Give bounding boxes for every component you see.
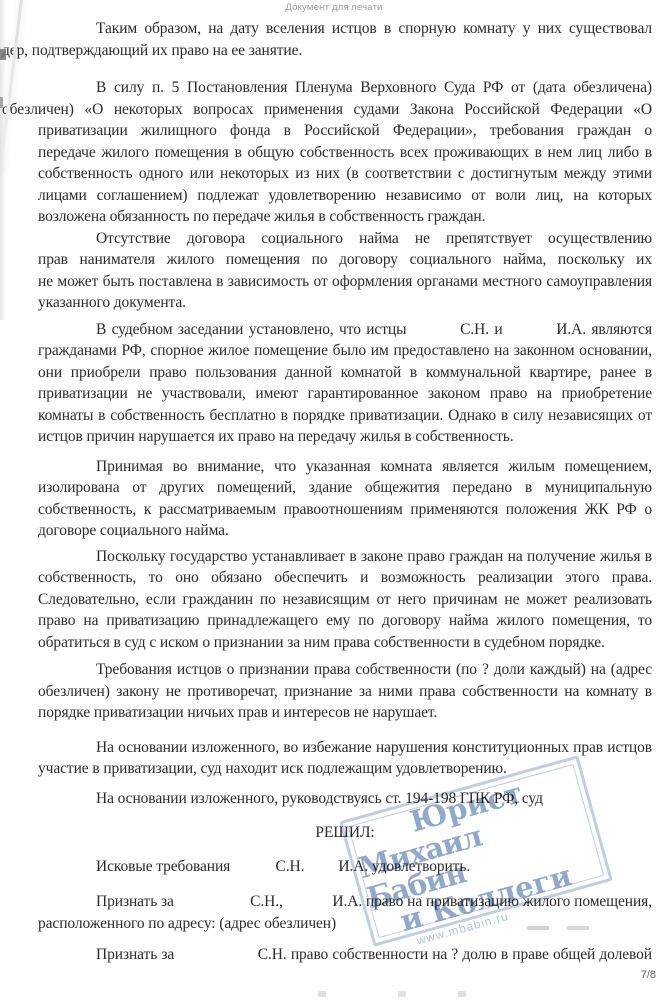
paragraph-11: Исковые требования С.Н. И.А. удовлетвори… [38, 856, 652, 878]
text-line: Таким образом, на дату вселения истцов в… [38, 18, 652, 40]
text-line: передаче жилого помещения в общую собств… [38, 142, 652, 164]
scan-dash-artifact [527, 926, 611, 930]
paragraph-1: Таким образом, на дату вселения истцов в… [38, 18, 652, 61]
text-line: приватизации не участвовали, имеют гаран… [38, 383, 652, 405]
text-line: указанного документа. [38, 292, 652, 314]
paragraph-8: На основании изложенного, во избежание н… [38, 737, 652, 780]
text-line: участие в приватизации, суд находит иск … [38, 758, 652, 780]
text-line: они приобрели право пользования данной к… [38, 362, 652, 384]
text-line: приватизации жилищного фонда в Российско… [38, 120, 652, 142]
text-line: расположенного по адресу: (адрес обезлич… [38, 913, 652, 935]
text-line: В судебном заседании установлено, что ис… [38, 319, 652, 341]
text-line: обезличен) закону не противоречат, призн… [38, 681, 652, 703]
text-line: Принимая во внимание, что указанная комн… [38, 456, 652, 478]
text-line: договоре социального найма. [38, 520, 652, 542]
text-line: На основании изложенного, руководствуясь… [38, 788, 652, 810]
text-line: право на приватизацию принадлежащего ему… [38, 610, 652, 632]
text-line: комнаты в собственность бесплатно в поря… [38, 405, 652, 427]
text-line: обезличен) «О некоторых вопросах примене… [2, 99, 652, 121]
page-number: 7/8 [641, 969, 656, 981]
text-line: РЕШИЛ: [38, 822, 652, 844]
text-line: В силу п. 5 Постановления Пленума Верхов… [38, 77, 652, 99]
paragraph-5: Принимая во внимание, что указанная комн… [38, 456, 652, 542]
text-line: прав нанимателя жилого помещения по дого… [38, 249, 652, 271]
paragraph-7: Требования истцов о признании права собс… [38, 659, 652, 724]
text-line: На основании изложенного, во избежание н… [38, 737, 652, 759]
text-line: изолирована от других помещений, здание … [38, 477, 652, 499]
text-line: порядке приватизации ничьих прав и интер… [38, 702, 652, 724]
paragraph-3: Отсутствие договора социального найма не… [38, 228, 652, 314]
paragraph-6: Поскольку государство устанавливает в за… [38, 546, 652, 654]
text-line: лицами соглашением) подлежат удовлетворе… [38, 185, 652, 207]
text-line: истцов причин нарушается их право на пер… [38, 426, 652, 448]
paragraph-9: На основании изложенного, руководствуясь… [38, 788, 652, 810]
text-line: Поскольку государство устанавливает в за… [38, 546, 652, 568]
paragraph-4: В судебном заседании установлено, что ис… [38, 319, 652, 448]
scan-edge-shadow [0, 0, 6, 320]
text-line: Требования истцов о признании права собс… [38, 659, 652, 681]
text-line: Исковые требования С.Н. И.А. удовлетвори… [38, 856, 652, 878]
document-body: Таким образом, на дату вселения истцов в… [0, 0, 668, 966]
text-line: дер, подтверждающий их право на ее занят… [2, 40, 652, 62]
scan-smudge-artifact [0, 97, 3, 108]
scan-noise-artifact [0, 991, 668, 997]
text-line: Признать за С.Н., И.А. право на приватиз… [38, 891, 652, 913]
text-line: Следовательно, если гражданин по независ… [38, 589, 652, 611]
text-line: обратиться в суд с иском о признании за … [38, 632, 652, 654]
text-line: гражданами РФ, спорное жилое помещение б… [38, 340, 652, 362]
scan-smudge-artifact [0, 49, 6, 60]
text-line: Признать за С.Н. право собственности на … [38, 944, 652, 966]
text-line: возложена обязанность по передаче жилья … [38, 206, 652, 228]
paragraph-2: В силу п. 5 Постановления Пленума Верхов… [38, 77, 652, 228]
text-line: не может быть поставлена в зависимость о… [38, 271, 652, 293]
text-line: собственность, то оно обязано обеспечить… [38, 567, 652, 589]
paragraph-13: Признать за С.Н. право собственности на … [38, 944, 652, 966]
text-line: собственность, к рассматриваемым правоот… [38, 499, 652, 521]
text-line: Отсутствие договора социального найма не… [38, 228, 652, 250]
paragraph-10: РЕШИЛ: [38, 822, 652, 844]
text-line: собственность одного или некоторых из ни… [38, 163, 652, 185]
